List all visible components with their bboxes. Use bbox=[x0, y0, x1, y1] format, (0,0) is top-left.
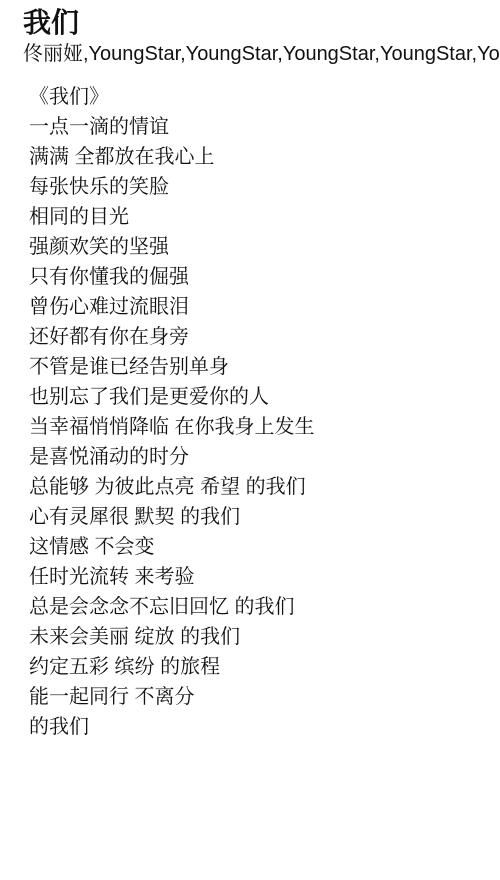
lyric-line: 心有灵犀很 默契 的我们 bbox=[29, 502, 500, 532]
lyric-line: 是喜悦涌动的时分 bbox=[29, 442, 500, 472]
artist-names: 佟丽娅,YoungStar,YoungStar,YoungStar,YoungS… bbox=[23, 40, 500, 68]
lyric-line: 满满 全都放在我心上 bbox=[29, 142, 500, 172]
lyric-line: 还好都有你在身旁 bbox=[29, 322, 500, 352]
lyric-line: 一点一滴的情谊 bbox=[29, 112, 500, 142]
lyric-line: 相同的目光 bbox=[29, 202, 500, 232]
lyric-line: 也别忘了我们是更爱你的人 bbox=[29, 382, 500, 412]
lyric-line: 总能够 为彼此点亮 希望 的我们 bbox=[29, 472, 500, 502]
lyrics-header: 我们 佟丽娅,YoungStar,YoungStar,YoungStar,You… bbox=[0, 0, 500, 68]
lyric-line: 强颜欢笑的坚强 bbox=[29, 232, 500, 262]
lyrics-lines: 一点一滴的情谊满满 全都放在我心上每张快乐的笑脸相同的目光强颜欢笑的坚强只有你懂… bbox=[29, 112, 500, 742]
lyric-line: 约定五彩 缤纷 的旅程 bbox=[29, 652, 500, 682]
lyric-line: 任时光流转 来考验 bbox=[29, 562, 500, 592]
lyric-line: 这情感 不会变 bbox=[29, 532, 500, 562]
lyrics-song-title: 《我们》 bbox=[29, 82, 500, 112]
lyric-line: 能一起同行 不离分 bbox=[29, 682, 500, 712]
lyric-line: 的我们 bbox=[29, 712, 500, 742]
lyrics-body: 《我们》 一点一滴的情谊满满 全都放在我心上每张快乐的笑脸相同的目光强颜欢笑的坚… bbox=[0, 82, 500, 742]
lyric-line: 曾伤心难过流眼泪 bbox=[29, 292, 500, 322]
lyric-line: 当幸福悄悄降临 在你我身上发生 bbox=[29, 412, 500, 442]
page-title: 我们 bbox=[23, 6, 500, 40]
lyric-line: 只有你懂我的倔强 bbox=[29, 262, 500, 292]
lyric-line: 每张快乐的笑脸 bbox=[29, 172, 500, 202]
lyric-line: 不管是谁已经告别单身 bbox=[29, 352, 500, 382]
lyric-line: 未来会美丽 绽放 的我们 bbox=[29, 622, 500, 652]
lyric-line: 总是会念念不忘旧回忆 的我们 bbox=[29, 592, 500, 622]
